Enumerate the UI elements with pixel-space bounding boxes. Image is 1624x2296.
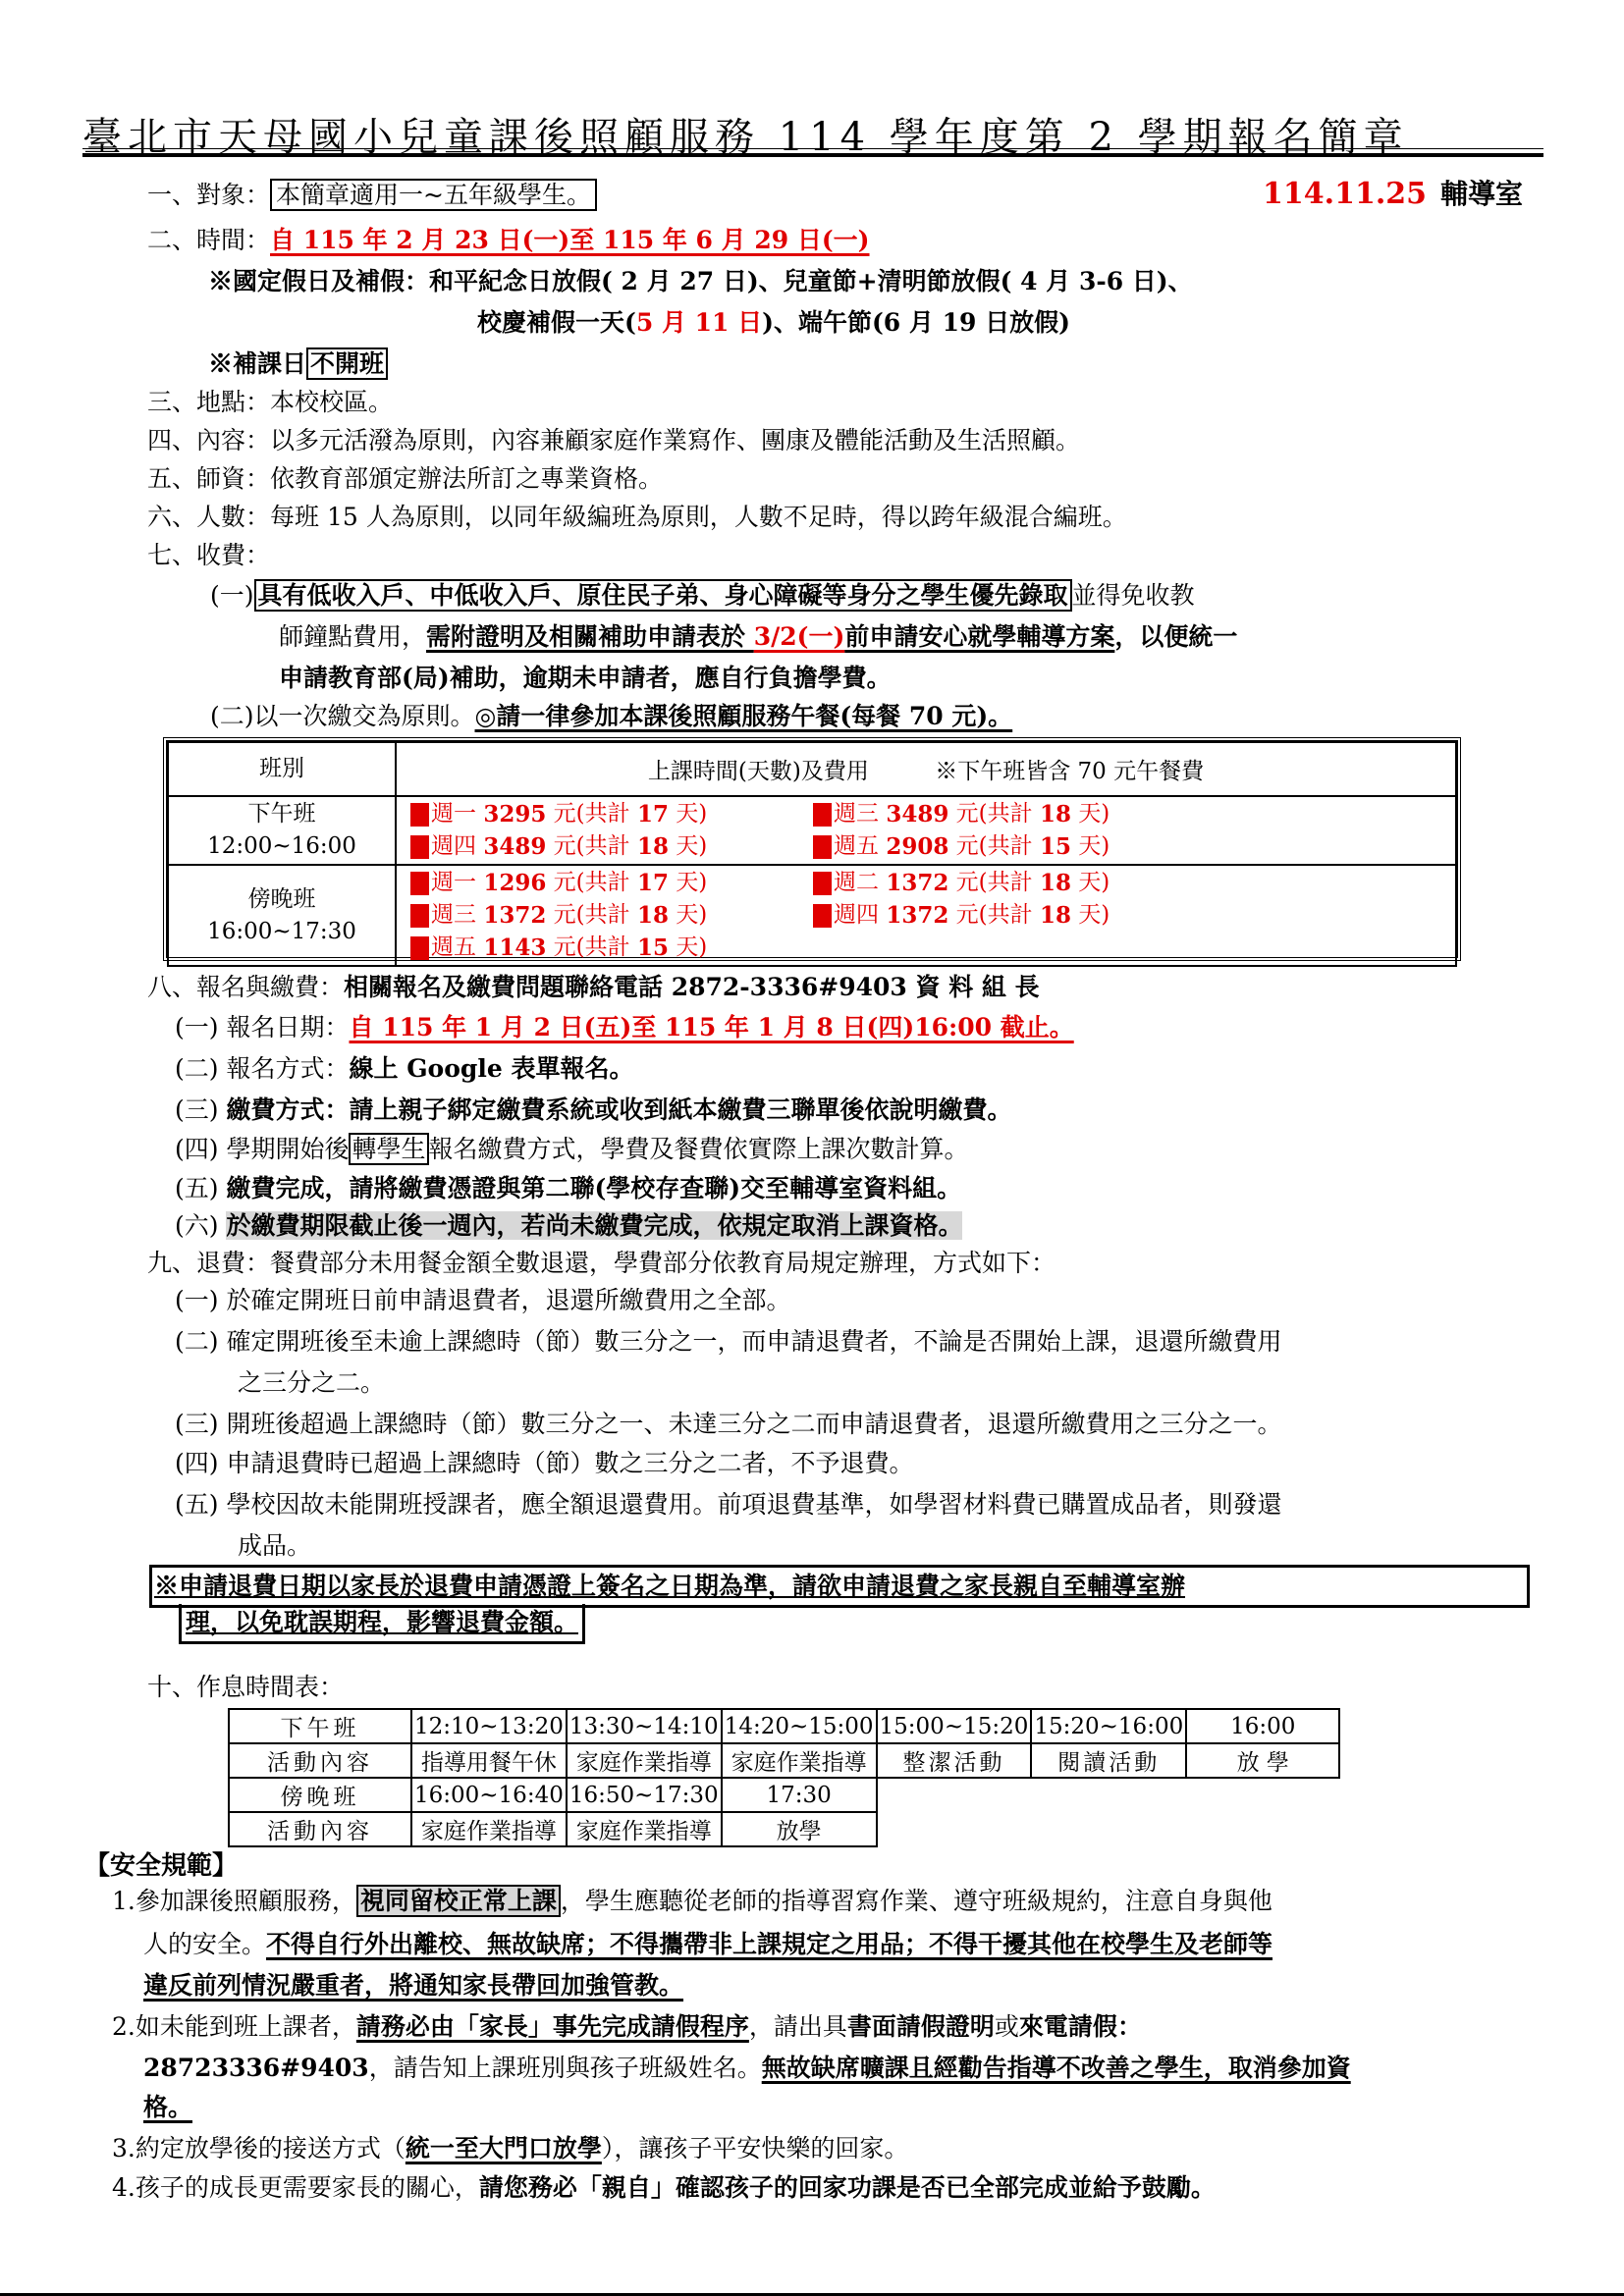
item-text: ，以便統一 <box>1114 622 1237 651</box>
class-time: 16:00~17:30 <box>170 916 394 948</box>
holidays-line-2: 校慶補假一天(5 月 11 日)、端午節(6 月 19 日放假) <box>477 306 1070 340</box>
refund-item-4: (四) 申請退費時已超過上課總時（節）數之三分之二者，不予退費。 <box>175 1447 913 1480</box>
registration-item-4: (四) 學期開始後轉學生報名繳費方式，學費及餐費依實際上課次數計算。 <box>175 1133 969 1166</box>
target-value-boxed: 本簡章適用一~五年級學生。 <box>270 179 597 211</box>
section-headcount: 六、人數：每班 15 人為原則，以同年級編班為原則，人數不足時，得以跨年級混合編… <box>147 501 1127 534</box>
schedule-row: 活動內容指導用餐午休家庭作業指導家庭作業指導整潔活動閱讀活動放 學 <box>229 1743 1339 1778</box>
section-label: 八、報名與繳費： <box>147 973 344 1001</box>
item-text: (二)以一次繳交為原則。 <box>210 702 475 730</box>
subsidy-program: 前申請安心就學輔導方案 <box>844 622 1114 651</box>
registration-period: 自 115 年 1 月 2 日(五)至 115 年 1 月 8 日(四)16:0… <box>349 1013 1073 1041</box>
fees-cell: 週一 3295 元(共計 17 天) 週三 3489 元(共計 18 天) 週四… <box>396 796 1456 865</box>
leave-procedure: 請務必由「家長」事先完成請假程序 <box>356 2012 749 2041</box>
holidays-line-1: ※國定假日及補假：和平紀念日放假( 2 月 27 日)、兒童節+清明節放假( 4… <box>208 265 1193 298</box>
refund-item-2: (二) 確定開班後至未逾上課總時（節）數三分之一，而申請退費者，不論是否開始上課… <box>175 1325 1281 1359</box>
fee-item: 週一 1296 元(共計 17 天) <box>410 867 813 899</box>
red-square-icon <box>813 803 832 827</box>
section-label: 五、師資： <box>147 464 270 493</box>
same-as-school-attendance-boxed: 視同留校正常上課 <box>356 1885 561 1917</box>
payment-method: 請上親子綁定繳費系統或收到紙本繳費三聯單後依說明繳費。 <box>349 1095 1011 1124</box>
title-underline-thin <box>82 148 1543 149</box>
header-lunch-note: ※下午班皆含 70 元午餐費 <box>935 759 1204 784</box>
refund-item-5-line-2: 成品。 <box>238 1529 311 1563</box>
section-value: 依教育部頒定辦法所訂之專業資格。 <box>270 464 663 493</box>
fee-item: 週三 3489 元(共計 18 天) <box>813 798 1216 830</box>
class-name: 下午班 <box>170 798 394 830</box>
registration-item-6: (六) 於繳費期限截止後一週內，若尚未繳費完成，依規定取消上課資格。 <box>175 1209 962 1243</box>
safety-item-2-line-3: 格。 <box>143 2091 192 2124</box>
safety-heading: 【安全規範】 <box>84 1845 238 1882</box>
fee-item: 週四 1372 元(共計 18 天) <box>813 899 1216 932</box>
header-class: 班別 <box>168 742 396 796</box>
subsidy-requirement: 需附證明及相關補助申請表於 <box>426 622 754 651</box>
fee-item: 週二 1372 元(共計 18 天) <box>813 867 1216 899</box>
holidays-text: 校慶補假一天( <box>477 308 636 337</box>
department-name: 輔導室 <box>1440 178 1523 210</box>
fees-item-1: (一)具有低收入戶、中低收入戶、原住民子弟、身心障礙等身分之學生優先錄取並得免收… <box>210 579 1195 613</box>
fee-item: 週五 1143 元(共計 15 天) <box>410 932 813 964</box>
red-square-icon <box>410 803 429 827</box>
fee-table: 班別 上課時間(天數)及費用 ※下午班皆含 70 元午餐費 下午班 12:00~… <box>163 737 1461 961</box>
section-location: 三、地點：本校校區。 <box>147 386 393 419</box>
section-fees-label: 七、收費： <box>147 539 270 572</box>
red-square-icon <box>410 872 429 895</box>
fee-item: 週三 1372 元(共計 18 天) <box>410 899 813 932</box>
class-name: 傍晚班 <box>170 883 394 916</box>
red-square-icon <box>813 835 832 859</box>
document-date-header: 114.11.25輔導室 <box>1263 173 1523 212</box>
red-square-icon <box>813 904 832 928</box>
lunch-requirement: ◎請一律參加本課後照顧服務午餐(每餐 70 元)。 <box>475 702 1013 730</box>
registration-method: 線上 Google 表單報名。 <box>349 1054 633 1083</box>
section-registration: 八、報名與繳費：相關報名及繳費問題聯絡電話 2872-3336#9403 資 料… <box>147 971 1040 1004</box>
red-square-icon <box>410 904 429 928</box>
class-cell: 傍晚班 16:00~17:30 <box>168 865 396 966</box>
refund-item-1: (一) 於確定開班日前申請退費者，退還所繳費用之全部。 <box>175 1284 790 1317</box>
item-text: 並得免收教 <box>1072 581 1195 610</box>
fees-item-1-line-3: 申請教育部(局)補助，逾期未申請者，應自行負擔學費。 <box>279 662 892 695</box>
refund-notice-line-2: 理，以免耽誤期程，影響退費金額。 <box>179 1604 585 1644</box>
cancellation-warning: 於繳費期限截止後一週內，若尚未繳費完成，依規定取消上課資格。 <box>226 1211 962 1240</box>
section-time: 二、時間：自 115 年 2 月 23 日(一)至 115 年 6 月 29 日… <box>147 224 870 257</box>
section-target: 一、對象：本簡章適用一~五年級學生。 <box>147 179 597 212</box>
section-label: 四、內容： <box>147 426 270 454</box>
section-teachers: 五、師資：依教育部頒定辦法所訂之專業資格。 <box>147 462 663 496</box>
safety-item-2: 2.如未能到班上課者，請務必由「家長」事先完成請假程序，請出具書面請假證明或來電… <box>112 2010 1142 2044</box>
registration-item-3: (三) 繳費方式：請上親子綁定繳費系統或收到紙本繳費三聯單後依說明繳費。 <box>175 1094 1012 1127</box>
registration-item-2: (二) 報名方式：線上 Google 表單報名。 <box>175 1052 633 1086</box>
prohibited-behaviors: 不得自行外出離校、無故缺席；不得攜帶非上課規定之用品；不得干擾其他在校學生及老師… <box>266 1930 1272 1958</box>
safety-item-2-line-2: 28723336#9403，請告知上課班別與孩子班級姓名。無故缺席曠課且經勸告指… <box>143 2052 1351 2085</box>
safety-item-1: 1.參加課後照顧服務，視同留校正常上課，學生應聽從老師的指導習寫作業、遵守班級規… <box>112 1885 1272 1918</box>
title-underline <box>82 153 1543 157</box>
section-label: 二、時間： <box>147 226 270 254</box>
class-cell: 下午班 12:00~16:00 <box>168 796 396 865</box>
schedule-row: 下午班12:10~13:2013:30~14:1014:20~15:0015:0… <box>229 1709 1339 1743</box>
safety-item-1-line-2: 人的安全。不得自行外出離校、無故缺席；不得攜帶非上課規定之用品；不得干擾其他在校… <box>143 1928 1272 1961</box>
section-schedule-label: 十、作息時間表： <box>147 1671 344 1704</box>
fees-item-2: (二)以一次繳交為原則。◎請一律參加本課後照顧服務午餐(每餐 70 元)。 <box>210 700 1012 733</box>
time-range: 自 115 年 2 月 23 日(一)至 115 年 6 月 29 日(一) <box>270 226 870 254</box>
registration-contact: 相關報名及繳費問題聯絡電話 2872-3336#9403 資 料 組 長 <box>344 973 1040 1001</box>
contact-phone: 28723336#9403 <box>143 2054 369 2082</box>
schedule-row: 傍晚班16:00~16:4016:50~17:3017:30 <box>229 1778 1339 1812</box>
schedule-row: 活動內容家庭作業指導家庭作業指導放學 <box>229 1812 1339 1846</box>
section-value: 每班 15 人為原則，以同年級編班為原則，人數不足時，得以跨年級混合編班。 <box>270 503 1127 531</box>
fee-item: 週一 3295 元(共計 17 天) <box>410 798 813 830</box>
section-value: 本校校區。 <box>270 388 393 416</box>
safety-item-4: 4.孩子的成長更需要家長的關心，請您務必「親自」確認孩子的回家功課是否已全部完成… <box>112 2171 1216 2205</box>
class-time: 12:00~16:00 <box>170 830 394 863</box>
section-refund-label: 九、退費：餐費部分未用餐金額全數退還，學費部分依教育局規定辦理，方式如下： <box>147 1247 1056 1280</box>
refund-item-3: (三) 開班後超過上課總時（節）數三分之一、未達三分之二而申請退費者，退還所繳費… <box>175 1408 1281 1441</box>
fees-cell: 週一 1296 元(共計 17 天) 週二 1372 元(共計 18 天) 週三… <box>396 865 1456 966</box>
safety-item-3: 3.約定放學後的接送方式（統一至大門口放學），讓孩子平安快樂的回家。 <box>112 2132 908 2165</box>
item-number: (一) <box>210 581 254 610</box>
safety-item-1-line-3: 違反前列情況嚴重者，將通知家長帶回加強管教。 <box>143 1969 683 2002</box>
section-content: 四、內容：以多元活潑為原則，內容兼顧家庭作業寫作、團康及體能活動及生活照顧。 <box>147 424 1080 457</box>
refund-item-5: (五) 學校因故未能開班授課者，應全額退還費用。前項退費基準，如學習材料費已購置… <box>175 1488 1281 1522</box>
schedule-table: 下午班12:10~13:2013:30~14:1014:20~15:0015:0… <box>228 1708 1340 1847</box>
registration-item-1: (一) 報名日期：自 115 年 1 月 2 日(五)至 115 年 1 月 8… <box>175 1011 1074 1044</box>
red-square-icon <box>813 872 832 895</box>
fee-item: 週四 3489 元(共計 18 天) <box>410 830 813 863</box>
document-date: 114.11.25 <box>1263 177 1427 211</box>
school-anniversary-date: 5 月 11 日 <box>636 308 762 337</box>
transfer-student-boxed: 轉學生 <box>349 1133 428 1165</box>
priority-admission-boxed: 具有低收入戶、中低收入戶、原住民子弟、身心障礙等身分之學生優先錄取 <box>254 579 1072 612</box>
payment-completion: 繳費完成，請將繳費憑證與第二聯(學校存查聯)交至輔導室資料組。 <box>226 1174 961 1202</box>
refund-item-2-line-2: 之三分之二。 <box>238 1366 385 1400</box>
header-fees-label: 上課時間(天數)及費用 <box>648 759 869 784</box>
fee-table-header: 班別 上課時間(天數)及費用 ※下午班皆含 70 元午餐費 <box>168 742 1456 796</box>
homework-check-request: 請您務必「親自」確認孩子的回家功課是否已全部完成並給予鼓勵。 <box>479 2173 1216 2202</box>
fee-row-evening: 傍晚班 16:00~17:30 週一 1296 元(共計 17 天) 週二 13… <box>168 865 1456 966</box>
section-value: 以多元活潑為原則，內容兼顧家庭作業寫作、團康及體能活動及生活照顧。 <box>270 426 1080 454</box>
pickup-location: 統一至大門口放學 <box>406 2134 602 2163</box>
fee-item: 週五 2908 元(共計 15 天) <box>813 830 1216 863</box>
makeup-label: ※補課日 <box>208 349 306 378</box>
registration-item-5: (五) 繳費完成，請將繳費憑證與第二聯(學校存查聯)交至輔導室資料組。 <box>175 1172 961 1205</box>
section-label: 一、對象： <box>147 181 270 209</box>
refund-notice-line-1: ※申請退費日期以家長於退費申請憑證上簽名之日期為準，請欲申請退費之家長親自至輔導… <box>149 1565 1530 1608</box>
section-label: 六、人數： <box>147 503 270 531</box>
makeup-day-note: ※補課日不開班 <box>208 347 388 381</box>
absence-penalty: 無故缺席曠課且經勸告指導不改善之學生，取消參加資 <box>762 2054 1351 2082</box>
section-label: 三、地點： <box>147 388 270 416</box>
fee-row-afternoon: 下午班 12:00~16:00 週一 3295 元(共計 17 天) 週三 34… <box>168 796 1456 865</box>
holidays-text: )、端午節(6 月 19 日放假) <box>762 308 1070 337</box>
header-fees: 上課時間(天數)及費用 ※下午班皆含 70 元午餐費 <box>396 742 1456 796</box>
red-square-icon <box>410 835 429 859</box>
no-class-boxed: 不開班 <box>306 347 388 380</box>
red-square-icon <box>410 936 429 960</box>
item-text: 師鐘點費用， <box>279 622 426 651</box>
fees-item-1-line-2: 師鐘點費用，需附證明及相關補助申請表於 3/2(一)前申請安心就學輔導方案，以便… <box>279 620 1237 654</box>
subsidy-deadline: 3/2(一) <box>754 622 845 651</box>
